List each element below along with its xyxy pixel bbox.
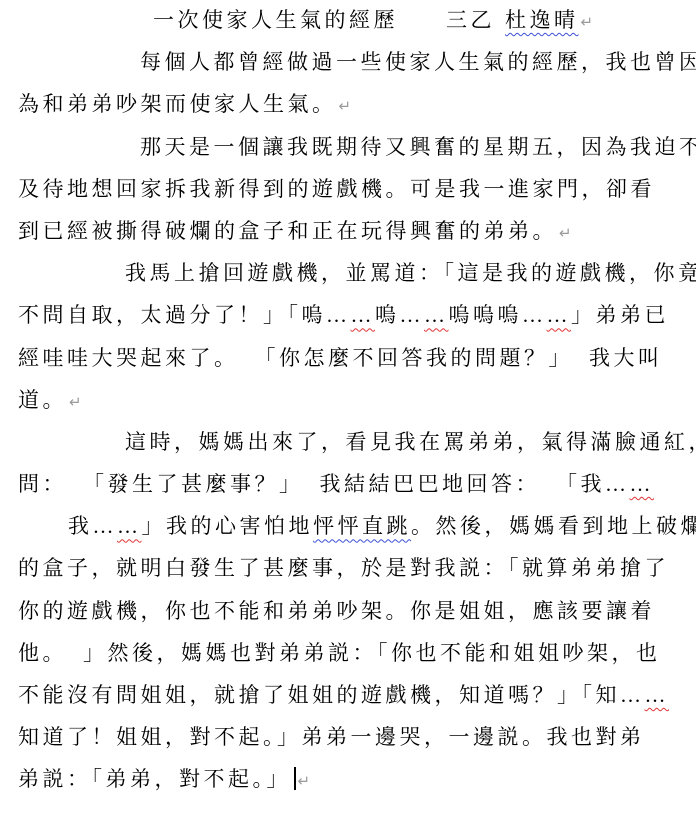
text-run: 。然後，媽媽看到地上破爛 [411,514,696,538]
text-run: 每個人都曾經做過一些使家人生氣的經歷，我也曾因 [140,50,696,74]
text-run: 「你怎麼不回答我的問題？」 [255,346,574,370]
text-run: 知道了！姐姐，對不起。」弟弟一邊哭，一邊説。我也對弟 [18,725,645,749]
paragraph-mark-icon: ↵ [298,772,311,790]
spellcheck-flagged-text: … [645,683,670,707]
text-run: 我結結巴巴地回答： [320,472,541,496]
spellcheck-flagged-text: … [547,303,572,327]
document-text-area[interactable]: 一次使家人生氣的經歷三乙杜逸晴↵每個人都曾經做過一些使家人生氣的經歷，我也曾因為… [18,6,696,808]
text-line[interactable]: 及待地想回家拆我新得到的遊戲機。可是我一進家門，卻看 [18,175,696,217]
essay-title: 一次使家人生氣的經歷 [153,8,398,32]
class-name: 三乙 [446,8,495,32]
text-run: 及待地想回家拆我新得到的遊戲機。可是我一進家門，卻看 [18,177,655,201]
title-line[interactable]: 一次使家人生氣的經歷三乙杜逸晴↵ [18,6,696,48]
text-run: 經哇哇大哭起來了。 [18,346,239,370]
paragraph-mark-icon: ↵ [69,393,82,411]
text-line[interactable]: 他。」然後，媽媽也對弟弟説：「你也不能和姐姐吵架，也 [18,639,696,681]
grammar-flagged-text: 怦怦直跳 [313,514,411,538]
document-page[interactable]: 一次使家人生氣的經歷三乙杜逸晴↵每個人都曾經做過一些使家人生氣的經歷，我也曾因為… [0,0,696,814]
space-gap [398,26,446,27]
space-gap [540,490,556,491]
paragraph-mark-icon: ↵ [339,97,352,115]
text-run: 不問自取，太過分了！」「嗚… [18,303,351,327]
text-run: 我大叫 [589,346,663,370]
text-line[interactable]: 弟説：「弟弟，對不起。」↵ [18,765,696,807]
text-run: 「我… [556,472,630,496]
text-line[interactable]: 我……」我的心害怕地怦怦直跳。然後，媽媽看到地上破爛 [18,512,696,554]
space-gap [239,364,255,365]
text-line[interactable]: 這時，媽媽出來了，看見我在罵弟弟，氣得滿臉通紅， [18,428,696,470]
text-line[interactable]: 每個人都曾經做過一些使家人生氣的經歷，我也曾因 [18,48,696,90]
text-line[interactable]: 經哇哇大哭起來了。「你怎麼不回答我的問題？」我大叫 [18,344,696,386]
text-run: 道。 [18,388,67,412]
text-run: 我… [68,514,117,538]
text-run: 嗚嗚嗚… [449,303,547,327]
spellcheck-flagged-text: … [351,303,376,327]
text-run: 」弟弟已 [571,303,669,327]
space-gap [495,26,505,27]
text-line[interactable]: 那天是一個讓我既期待又興奮的星期五，因為我迫不 [18,133,696,175]
text-run: 」然後，媽媽也對弟弟説：「你也不能和姐姐吵架，也 [83,641,661,665]
text-cursor [294,767,296,790]
text-line[interactable]: 道。↵ [18,386,696,428]
paragraph-mark-icon: ↵ [559,224,572,242]
text-run: 的盒子，就明白發生了甚麼事，於是對我説：「就算弟弟搶了 [18,556,669,580]
text-line[interactable]: 不問自取，太過分了！」「嗚……嗚……嗚嗚嗚……」弟弟已 [18,301,696,343]
text-run: 問： [18,472,67,496]
space-gap [573,364,589,365]
space-gap [67,490,83,491]
space-gap [67,659,83,660]
text-run: 我馬上搶回遊戲機，並罵道：「這是我的遊戲機，你竟然 [125,261,696,285]
text-line[interactable]: 為和弟弟吵架而使家人生氣。↵ [18,90,696,132]
spellcheck-flagged-text: … [424,303,449,327]
text-line[interactable]: 知道了！姐姐，對不起。」弟弟一邊哭，一邊説。我也對弟 [18,723,696,765]
text-line[interactable]: 我馬上搶回遊戲機，並罵道：「這是我的遊戲機，你竟然 [18,259,696,301]
text-run: 他。 [18,641,67,665]
text-run: 「發生了甚麼事？」 [83,472,304,496]
spellcheck-flagged-text: … [117,514,142,538]
text-run: 那天是一個讓我既期待又興奮的星期五，因為我迫不 [140,135,696,159]
text-line[interactable]: 問：「發生了甚麼事？」我結結巴巴地回答：「我…… [18,470,696,512]
text-run: 為和弟弟吵架而使家人生氣。 [18,92,337,116]
text-run: 你的遊戲機，你也不能和弟弟吵架。你是姐姐，應該要讓着 [18,599,655,623]
text-line[interactable]: 不能沒有問姐姐，就搶了姐姐的遊戲機，知道嗎？」「知…… [18,681,696,723]
text-run: 嗚… [375,303,424,327]
text-run: 到已經被撕得破爛的盒子和正在玩得興奮的弟弟。 [18,219,557,243]
text-line[interactable]: 你的遊戲機，你也不能和弟弟吵架。你是姐姐，應該要讓着 [18,597,696,639]
space-gap [304,490,320,491]
text-run: 」我的心害怕地 [142,514,314,538]
paragraph-mark-icon: ↵ [581,13,594,31]
author-name: 杜逸晴 [505,8,579,32]
text-run: 不能沒有問姐姐，就搶了姐姐的遊戲機，知道嗎？」「知… [18,683,645,707]
text-line[interactable]: 的盒子，就明白發生了甚麼事，於是對我説：「就算弟弟搶了 [18,554,696,596]
text-run: 弟説：「弟弟，對不起。」 [18,767,291,791]
spellcheck-flagged-text: … [630,472,655,496]
text-line[interactable]: 到已經被撕得破爛的盒子和正在玩得興奮的弟弟。↵ [18,217,696,259]
text-run: 這時，媽媽出來了，看見我在罵弟弟，氣得滿臉通紅， [125,430,696,454]
